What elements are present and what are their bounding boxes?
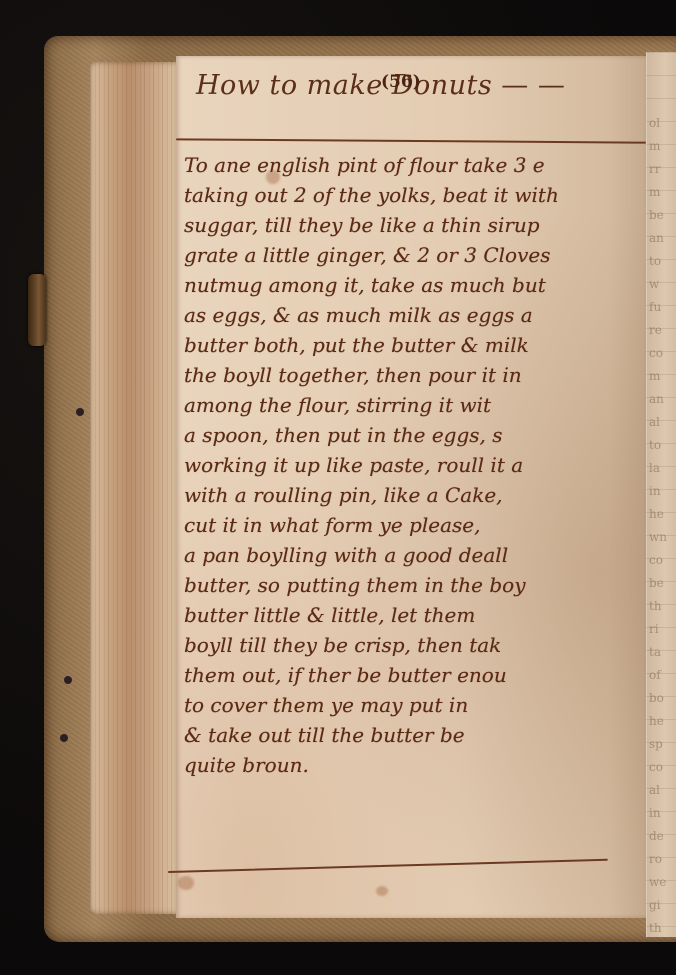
text-line: taking out 2 of the yolks, beat it with [184,180,644,210]
title-rule [176,138,646,143]
manuscript-page: How to make Donuts — — (56) To ane engli… [176,56,646,918]
text-line: quite broun. [184,750,644,780]
text-line: butter, so putting them in the boy [184,570,644,600]
page-fore-edge [90,62,178,914]
text-line: with a roulling pin, like a Cake, [184,480,644,510]
text-line: butter little & little, let them [184,600,644,630]
text-line: as eggs, & as much milk as eggs a [184,300,644,330]
facing-page-text: ol m rr m be an to w fu re co m an al to… [649,112,675,940]
ink-stain [178,876,194,890]
text-line: suggar, till they be like a thin sirup [184,210,644,240]
text-line: a pan boylling with a good deall [184,540,644,570]
cover-wormhole [76,408,84,416]
photo-background: How to make Donuts — — (56) To ane engli… [0,0,676,975]
cover-wormhole [60,734,68,742]
text-line: working it up like paste, roull it a [184,450,644,480]
closing-rule [168,859,608,873]
text-line: & take out till the butter be [184,720,644,750]
text-line: butter both, put the butter & milk [184,330,644,360]
text-line: the boyll together, then pour it in [184,360,644,390]
text-line: them out, if ther be butter enou [184,660,644,690]
text-line: cut it in what form ye please, [184,510,644,540]
text-line: grate a little ginger, & 2 or 3 Cloves [184,240,644,270]
text-line: to cover them ye may put in [184,690,644,720]
cover-wormhole [64,676,72,684]
text-line: among the flour, stirring it wit [184,390,644,420]
clasp-slot [28,274,46,346]
text-line: boyll till they be crisp, then tak [184,630,644,660]
text-line: a spoon, then put in the eggs, s [184,420,644,450]
text-line: To ane english pint of flour take 3 e [184,150,644,180]
text-line: nutmug among it, take as much but [184,270,644,300]
recipe-body: To ane english pint of flour take 3 e ta… [184,150,644,780]
facing-page-edge: ol m rr m be an to w fu re co m an al to… [646,52,676,937]
ink-stain [376,886,388,896]
page-number: (56) [381,72,421,92]
